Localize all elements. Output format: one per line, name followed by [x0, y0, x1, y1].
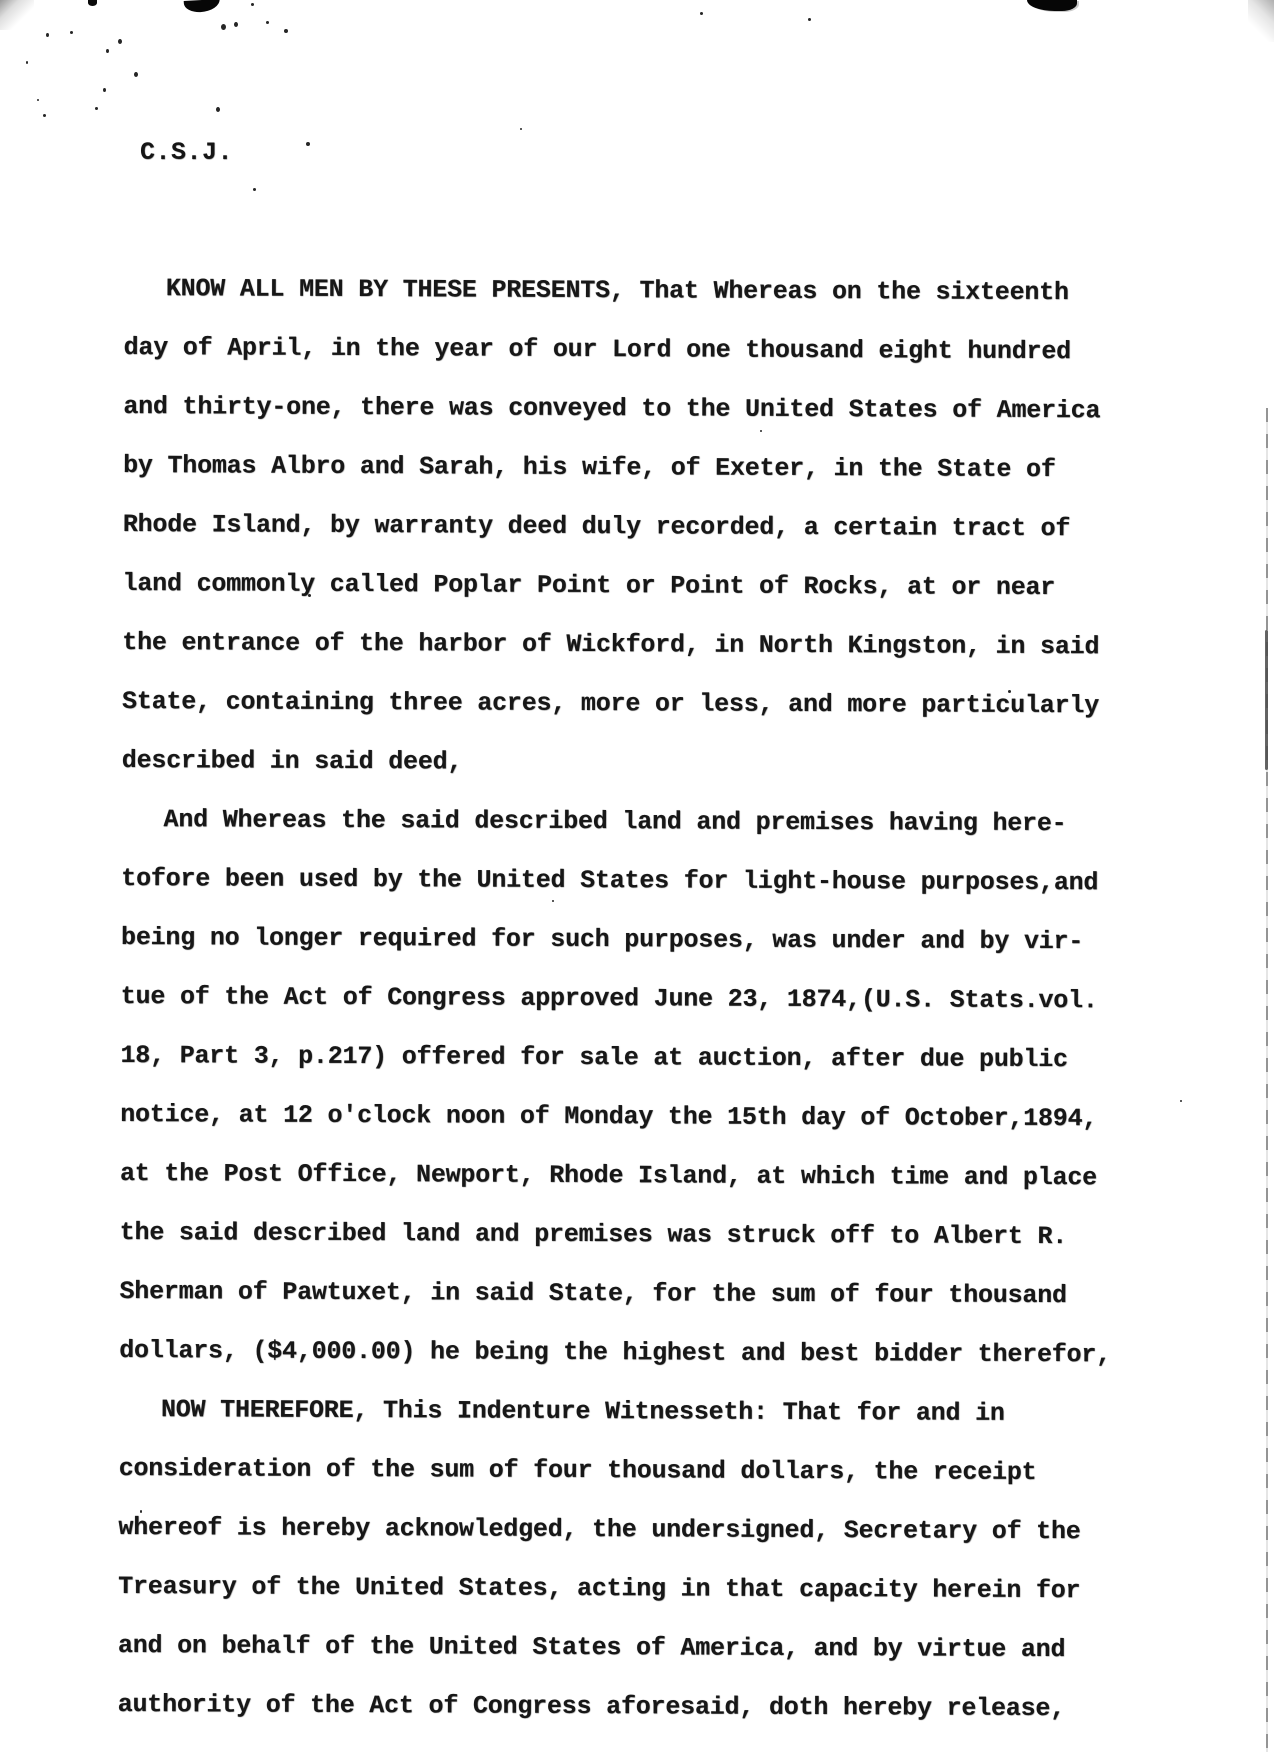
scan-corner-shade-top-right	[1248, 0, 1274, 42]
text-line: the entrance of the harbor of Wickford, …	[122, 613, 1212, 677]
text-line: day of April, in the year of our Lord on…	[123, 318, 1213, 382]
scan-ink-blob-top-small	[88, 0, 97, 6]
dust-speck	[46, 33, 49, 37]
scan-ink-blob-top-right	[1027, 0, 1077, 11]
dust-speck	[253, 188, 256, 191]
text-line: and on behalf of the United States of Am…	[118, 1616, 1208, 1680]
dust-speck	[37, 99, 39, 101]
dust-speck	[26, 61, 28, 64]
scan-corner-shade-top-left	[0, 0, 34, 30]
text-line: 18, Part 3, p.217) offered for sale at a…	[120, 1026, 1210, 1090]
dust-speck	[118, 39, 122, 44]
dust-speck	[106, 49, 109, 53]
text-line: State, containing three acres, more or l…	[122, 672, 1212, 736]
text-line: dollars, ($4,000.00) he being the highes…	[119, 1321, 1209, 1385]
text-line: notice, at 12 o'clock noon of Monday the…	[120, 1085, 1210, 1149]
dust-speck	[306, 142, 310, 146]
text-line: And Whereas the said described land and …	[121, 790, 1211, 854]
text-line: being no longer required for such purpos…	[121, 908, 1211, 972]
text-line: Treasury of the United States, acting in…	[118, 1557, 1208, 1621]
text-line: tue of the Act of Congress approved June…	[121, 967, 1211, 1031]
text-line: the said described land and premises was…	[120, 1203, 1210, 1267]
dust-speck	[284, 29, 288, 33]
dust-speck	[266, 21, 269, 24]
dust-speck	[70, 31, 73, 34]
dust-speck	[700, 12, 703, 15]
text-line: whereof is hereby acknowledged, the unde…	[118, 1498, 1208, 1562]
document-initials: C.S.J.	[140, 138, 233, 167]
text-line: Sherman of Pawtuxet, in said State, for …	[119, 1262, 1209, 1326]
text-line: described in said deed,	[122, 731, 1212, 795]
scan-edge-line-right-dark-segment	[1265, 630, 1268, 770]
dust-speck	[216, 107, 220, 112]
dust-speck	[808, 18, 811, 21]
text-line: Rhode Island, by warranty deed duly reco…	[123, 495, 1213, 559]
dust-speck	[520, 128, 522, 130]
scan-edge-line-right	[1266, 408, 1268, 1752]
text-line: tofore been used by the United States fo…	[121, 849, 1211, 913]
dust-speck	[95, 107, 98, 110]
scanned-document-page: C.S.J. KNOW ALL MEN BY THESE PRESENTS, T…	[0, 0, 1274, 1752]
document-body: KNOW ALL MEN BY THESE PRESENTS, That Whe…	[118, 259, 1214, 1739]
dust-speck	[221, 24, 226, 30]
text-line: and thirty-one, there was conveyed to th…	[123, 377, 1213, 441]
text-line: authority of the Act of Congress aforesa…	[118, 1675, 1208, 1739]
paragraph: And Whereas the said described land and …	[119, 790, 1212, 1385]
text-line: NOW THEREFORE, This Indenture Witnesseth…	[119, 1380, 1209, 1444]
scan-ink-blob-top-left	[184, 0, 221, 13]
paragraph: NOW THEREFORE, This Indenture Witnesseth…	[118, 1380, 1210, 1739]
dust-speck	[43, 114, 46, 117]
text-line: consideration of the sum of four thousan…	[119, 1439, 1209, 1503]
text-line: KNOW ALL MEN BY THESE PRESENTS, That Whe…	[124, 259, 1214, 323]
text-line: by Thomas Albro and Sarah, his wife, of …	[123, 436, 1213, 500]
dust-speck	[234, 22, 238, 27]
text-line: land commonly called Poplar Point or Poi…	[122, 554, 1212, 618]
dust-speck	[134, 72, 138, 77]
paragraph: KNOW ALL MEN BY THESE PRESENTS, That Whe…	[122, 259, 1214, 795]
text-line: at the Post Office, Newport, Rhode Islan…	[120, 1144, 1210, 1208]
dust-speck	[251, 3, 254, 6]
dust-speck	[103, 88, 106, 92]
